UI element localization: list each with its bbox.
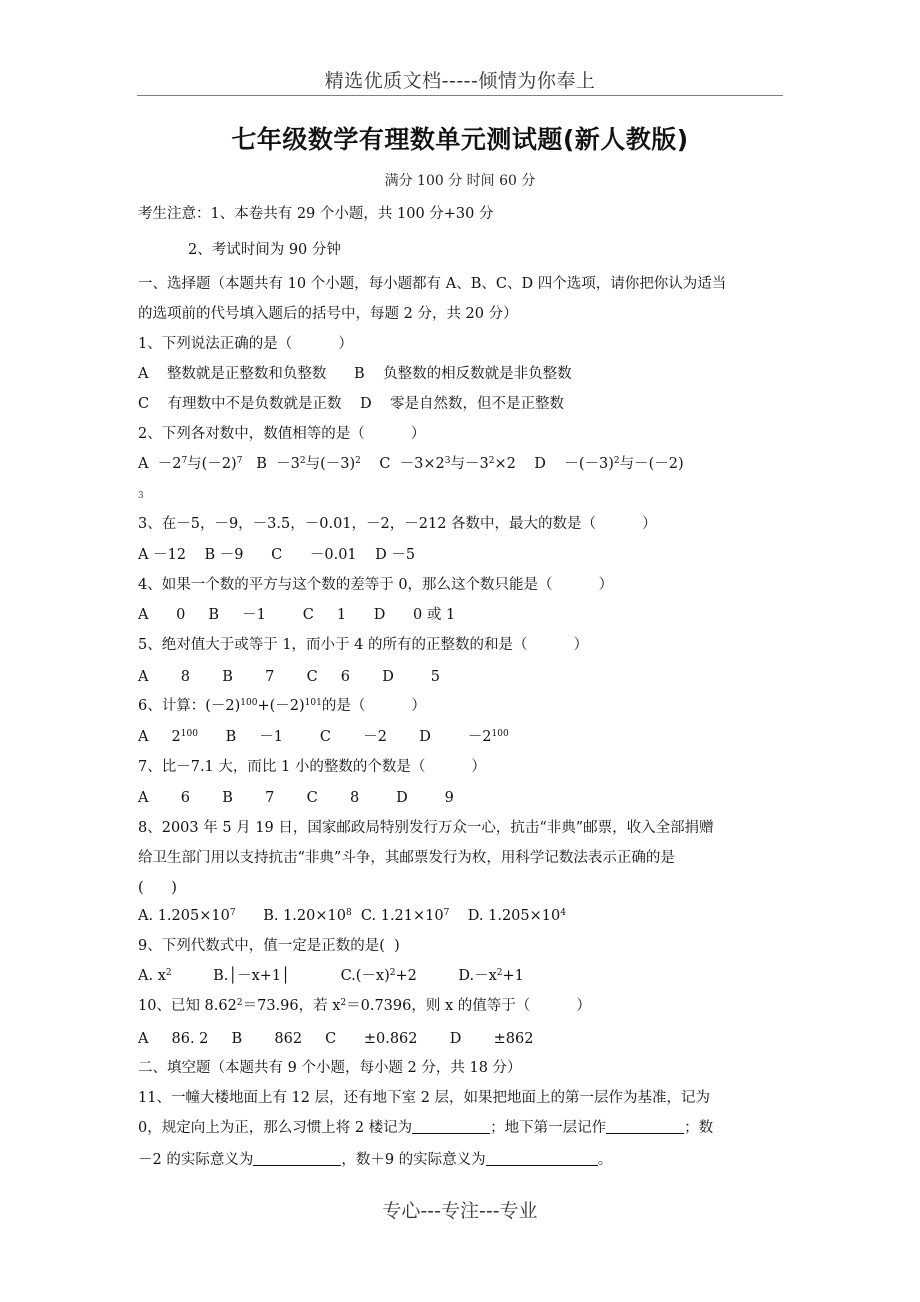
question-9-stem: 9、下列代数式中，值一定是正数的是( ) [138,936,400,956]
q2-option-c: －3×23与－32×2 [400,456,516,472]
question-6-stem: 6、计算：(－2)100+(－2)101的是（ ） [138,696,426,716]
question-5-stem: 5、绝对值大于或等于 1，而小于 4 的所有的正整数的和是（ ） [138,635,588,655]
notice-line-1: 考生注意：1、本卷共有 29 个小题，共 100 分+30 分 [138,204,494,224]
section1-heading-line1: 一、选择题（本题共有 10 个小题，每小题都有 A、B、C、D 四个选项，请你把… [138,274,726,294]
question-2-stem: 2、下列各对数中，数值相等的是（ ） [138,424,425,444]
question-1-stem: 1、下列说法正确的是（ ） [138,334,353,354]
question-5-options: A 8 B 7 C 6 D 5 [138,667,440,687]
section1-heading-line2: 的选项前的代号填入题后的括号中，每题 2 分，共 20 分） [138,304,518,324]
notice-line-2: 2、考试时间为 90 分钟 [188,240,341,260]
question-8-stem-line2: 给卫生部门用以支持抗击“非典”斗争，其邮票发行为枚，用科学记数法表示正确的是 [138,848,675,868]
question-11-line2: 0，规定向上为正，那么习惯上将 2 楼记为；地下第一层记作；数 [138,1118,713,1138]
question-3-options: A －12 B －9 C －0.01 D －5 [138,545,415,565]
question-10-stem: 10、已知 8.622＝73.96，若 x2＝0.7396，则 x 的值等于（ … [138,996,591,1016]
question-2-wrapped-exponent: 3 [138,486,144,506]
section2-heading: 二、填空题（本题共有 9 个小题，每小题 2 分，共 18 分） [138,1058,522,1078]
question-8-stem-line3: ( ) [138,878,177,898]
question-4-options: A 0 B －1 C 1 D 0 或 1 [138,605,455,625]
question-1-options-row1: A 整数就是正整数和负整数 B 负整数的相反数就是非负整数 [138,364,572,384]
question-8-options: A. 1.205×107 B. 1.20×108 C. 1.21×107 D. … [138,906,566,926]
answer-blank-2[interactable] [606,1119,684,1134]
q2-option-a: －27与(－2)7 [158,456,243,472]
question-11-line3: －2 的实际意义为，数＋9 的实际意义为。 [138,1150,612,1170]
page-title: 七年级数学有理数单元测试题(新人教版) [0,120,920,156]
question-7-options: A 6 B 7 C 8 D 9 [138,788,454,808]
question-9-options: A. x2 B.│－x+1│ C.(－x)2+2 D.－x2+1 [138,966,524,986]
q2-option-d: －(－3)2与－(－2) [564,456,683,472]
question-11-line1: 11、一幢大楼地面上有 12 层，还有地下室 2 层，如果把地面上的第一层作为基… [138,1088,710,1108]
question-6-options: A 2100 B －1 C －2 D －2100 [138,727,509,747]
page-footer: 专心---专注---专业 [0,1196,920,1223]
page-subtitle: 满分 100 分 时间 60 分 [0,170,920,190]
answer-blank-4[interactable] [486,1151,598,1166]
question-4-stem: 4、如果一个数的平方与这个数的差等于 0，那么这个数只能是（ ） [138,575,613,595]
page-header: 精选优质文档-----倾情为你奉上 [0,66,920,93]
answer-blank-3[interactable] [253,1151,341,1166]
question-8-stem-line1: 8、2003 年 5 月 19 日，国家邮政局特别发行万众一心，抗击“非典”邮票… [138,818,714,838]
question-7-stem: 7、比－7.1 大，而比 1 小的整数的个数是（ ） [138,757,486,777]
question-1-options-row2: C 有理数中不是负数就是正数 D 零是自然数，但不是正整数 [138,394,564,414]
answer-blank-1[interactable] [412,1119,490,1134]
question-2-options: A －27与(－2)7 B －32与(－3)2 C －3×23与－32×2 D … [138,454,684,474]
q2-option-b: －32与(－3)2 [276,456,361,472]
header-rule [137,95,783,96]
question-10-options: A 86. 2 B 862 C ±0.862 D ±862 [138,1029,534,1049]
question-3-stem: 3、在－5，－9，－3.5，－0.01，－2，－212 各数中，最大的数是（ ） [138,514,657,534]
